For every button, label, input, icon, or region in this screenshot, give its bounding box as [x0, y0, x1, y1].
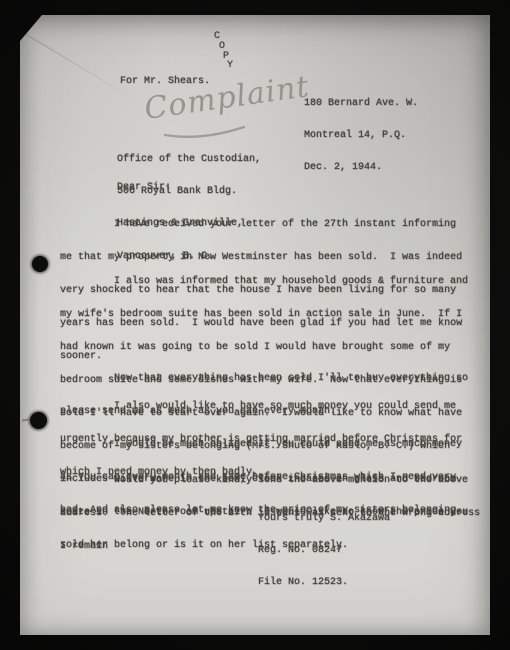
- address-line: Office of the Custodian,: [117, 155, 261, 165]
- address-line: Dec. 2, 1944.: [304, 163, 418, 173]
- complaint-annotation-text: Complaint: [142, 69, 311, 127]
- signature-line: File No. 12523.: [258, 578, 390, 588]
- salutation: Dear Sir:: [117, 182, 171, 193]
- copy-stamp-letter: Y: [227, 60, 233, 71]
- signature-line: Yours truly S. Akazawa: [258, 514, 390, 524]
- paragraph-line: I have received your letter of the 27th …: [60, 219, 462, 230]
- paragraph-line: I would be much obliged if you could sen…: [60, 439, 462, 450]
- punch-hole: [32, 256, 48, 272]
- letter-page: C O P Y For Mr. Shears. 180 Bernard Ave.…: [20, 15, 490, 635]
- paragraph-line: I also was informed that my household go…: [60, 276, 468, 287]
- signature-line: Reg. No. 08247: [258, 546, 390, 556]
- paragraph-line: I also would like to have so much money …: [60, 401, 462, 412]
- pencil-mark: [22, 418, 30, 421]
- punch-hole: [30, 412, 47, 429]
- signature-block: Yours truly S. Akazawa Reg. No. 08247 Fi…: [258, 492, 390, 611]
- page-crease: [18, 29, 144, 105]
- paragraph-line: Would you please kindly send the above m…: [60, 475, 480, 486]
- scan-background: { "colors": { "background": "#0a0a09", "…: [0, 0, 510, 650]
- paragraph-line: my wife's bedroom suite has been sold in…: [60, 309, 468, 320]
